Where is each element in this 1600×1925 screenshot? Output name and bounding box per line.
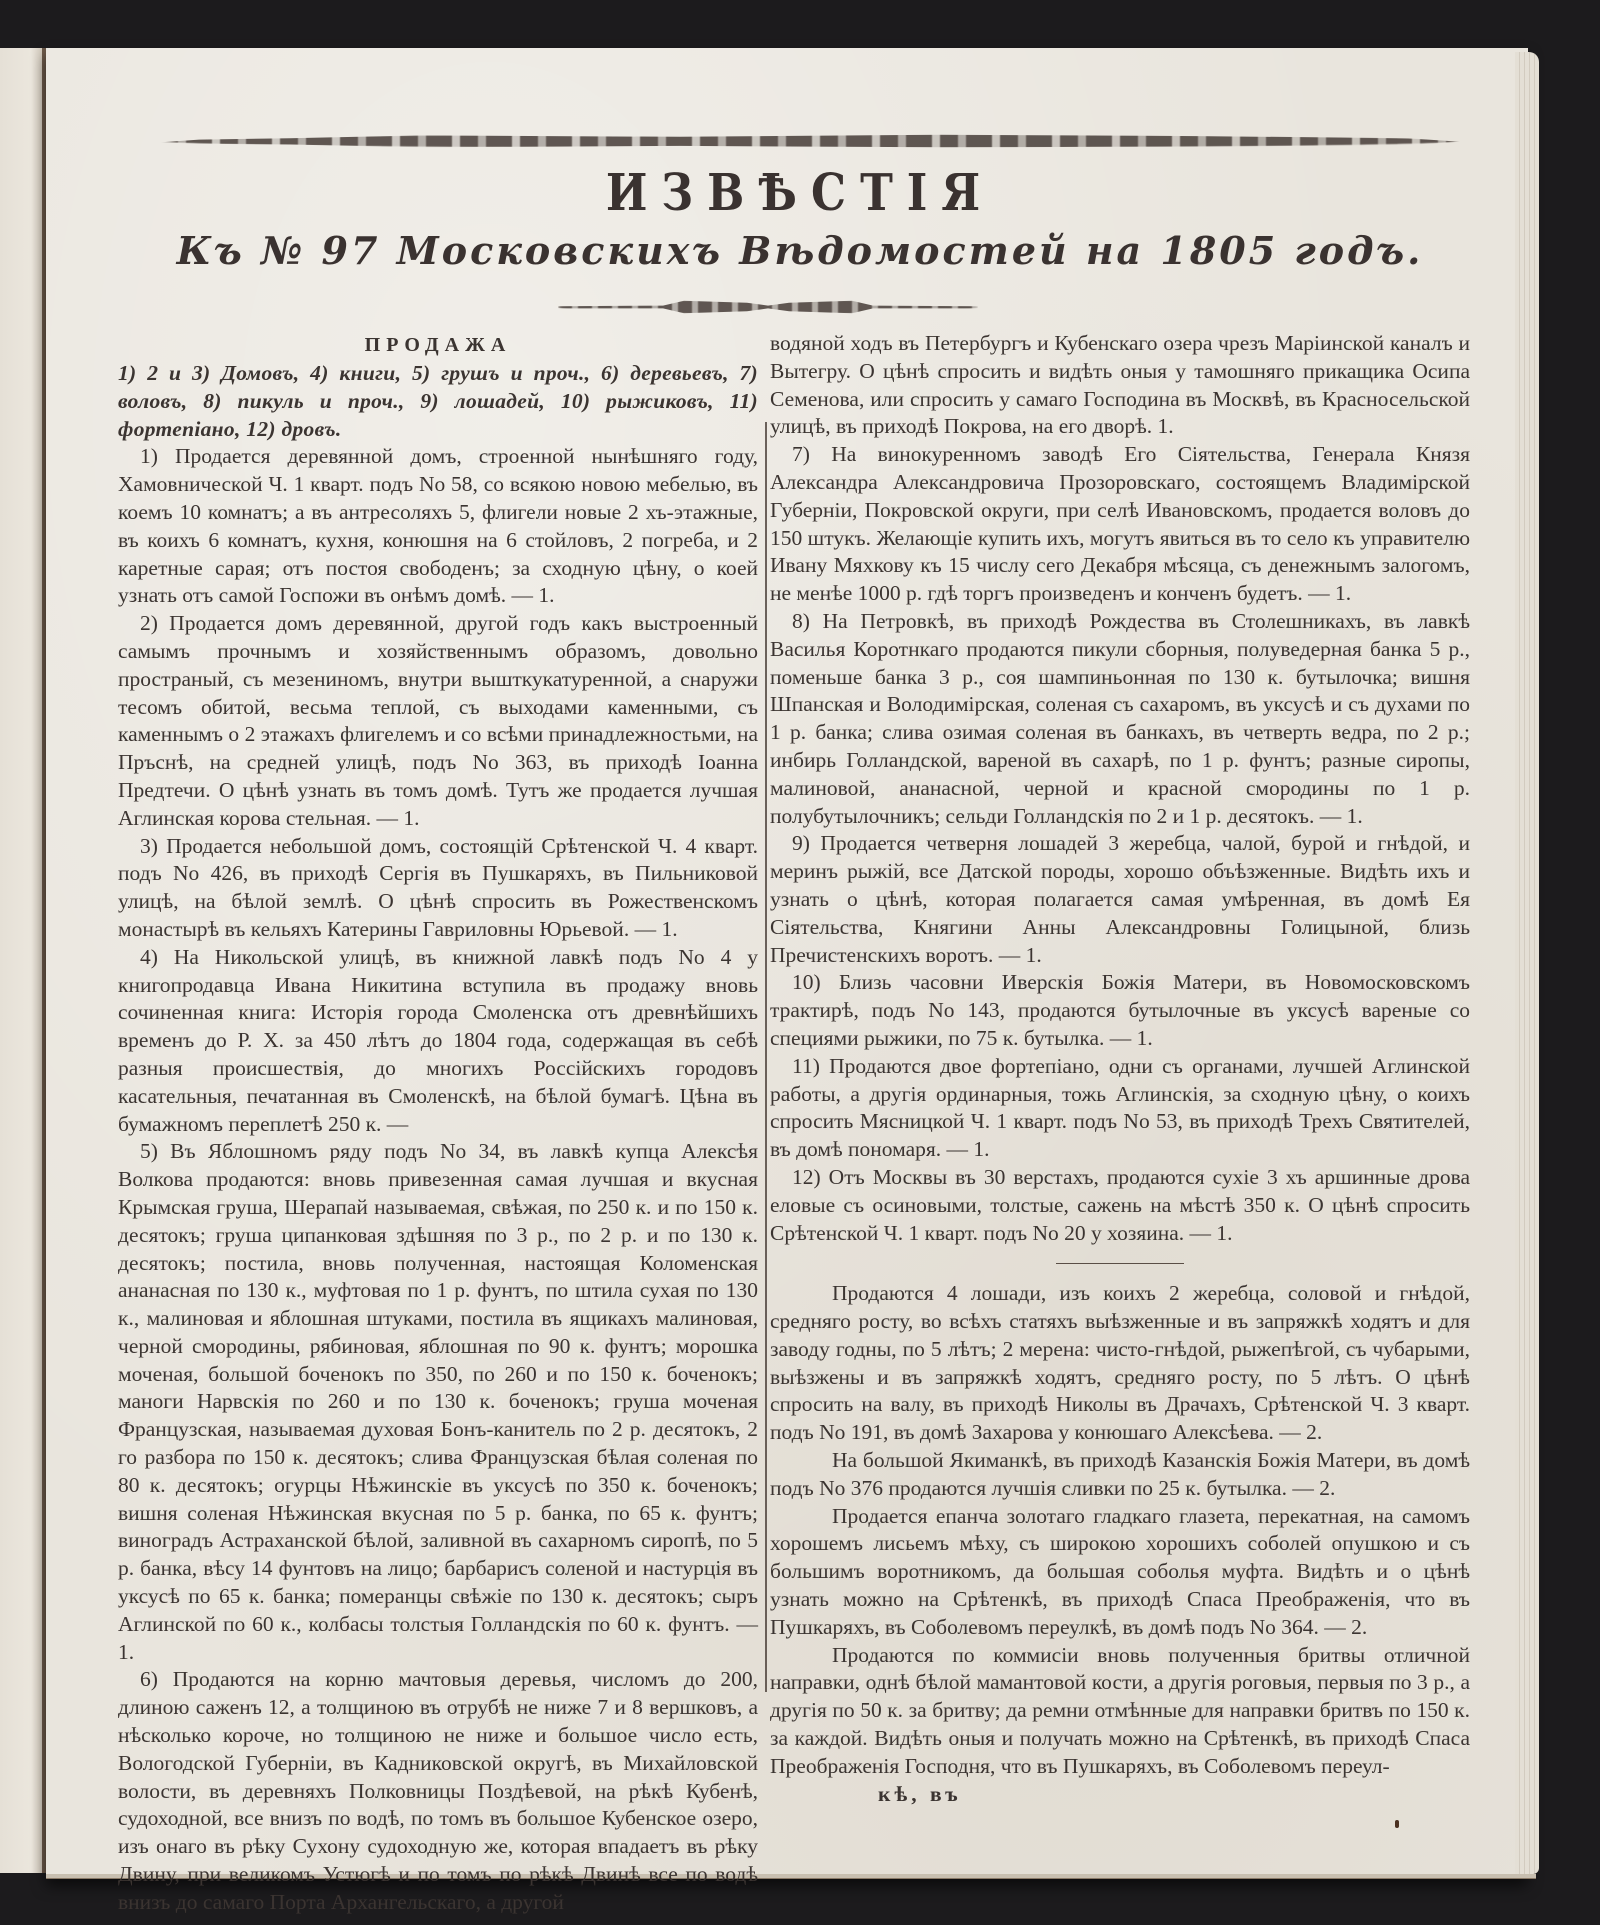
ad-item: 10) Близь часовни Иверскія Божія Матери,…	[770, 969, 1470, 1052]
ad-item: 9) Продается четверня лошадей 3 жеребца,…	[770, 830, 1470, 969]
ad-item: 3) Продается небольшой домъ, состоящій С…	[118, 833, 758, 944]
ad-item: 11) Продаются двое фортепіано, одни съ о…	[770, 1053, 1470, 1164]
extra-ad-item: Продается епанча золотаго гладкаго глазе…	[770, 1503, 1470, 1642]
catchword: кѣ, въ	[770, 1781, 1470, 1809]
extra-ad-item: На большой Якиманкѣ, въ приходѣ Казанскі…	[770, 1447, 1470, 1503]
ad-item: 4) На Никольской улицѣ, въ книжной лавкѣ…	[118, 944, 758, 1139]
ad-item: 2) Продается домъ деревянной, другой год…	[118, 610, 758, 832]
right-column: водяной ходъ въ Петербургъ и Кубенскаго …	[770, 330, 1470, 1808]
ink-mark	[1395, 1820, 1399, 1828]
page-stack-edges	[1515, 52, 1539, 1874]
section-separator-rule	[1056, 1263, 1184, 1264]
ad-item: 7) На винокуренномъ заводѣ Его Сіятельст…	[770, 441, 1470, 608]
masthead-subtitle: Къ № 97 Московскихъ Вѣдомостей на 1805 г…	[0, 228, 1600, 273]
column-divider	[765, 422, 767, 1692]
extra-ad-item: Продаются 4 лошади, изъ коихъ 2 жеребца,…	[770, 1280, 1470, 1447]
ad-item: 8) На Петровкѣ, въ приходѣ Рождества въ …	[770, 608, 1470, 830]
adjacent-left-page	[0, 48, 44, 1873]
ad-item-continued: водяной ходъ въ Петербургъ и Кубенскаго …	[770, 330, 1470, 441]
extra-ad-item: Продаются по коммисіи вновь полученныя б…	[770, 1642, 1470, 1781]
ad-item: 6) Продаются на корню мачтовыя деревья, …	[118, 1666, 758, 1916]
ad-item: 1) Продается деревянной домъ, строенной …	[118, 443, 758, 610]
section-index: 1) 2 и 3) Домовъ, 4) книги, 5) грушъ и п…	[118, 360, 758, 443]
ad-item: 5) Въ Яблошномъ ряду подъ No 34, въ лавк…	[118, 1138, 758, 1666]
ad-item: 12) Отъ Москвы въ 30 верстахъ, продаются…	[770, 1164, 1470, 1247]
masthead-title: ИЗВѢСТІЯ	[0, 164, 1600, 223]
left-column: ПРОДАЖА 1) 2 и 3) Домовъ, 4) книги, 5) г…	[118, 330, 758, 1917]
section-heading: ПРОДАЖА	[118, 330, 758, 360]
